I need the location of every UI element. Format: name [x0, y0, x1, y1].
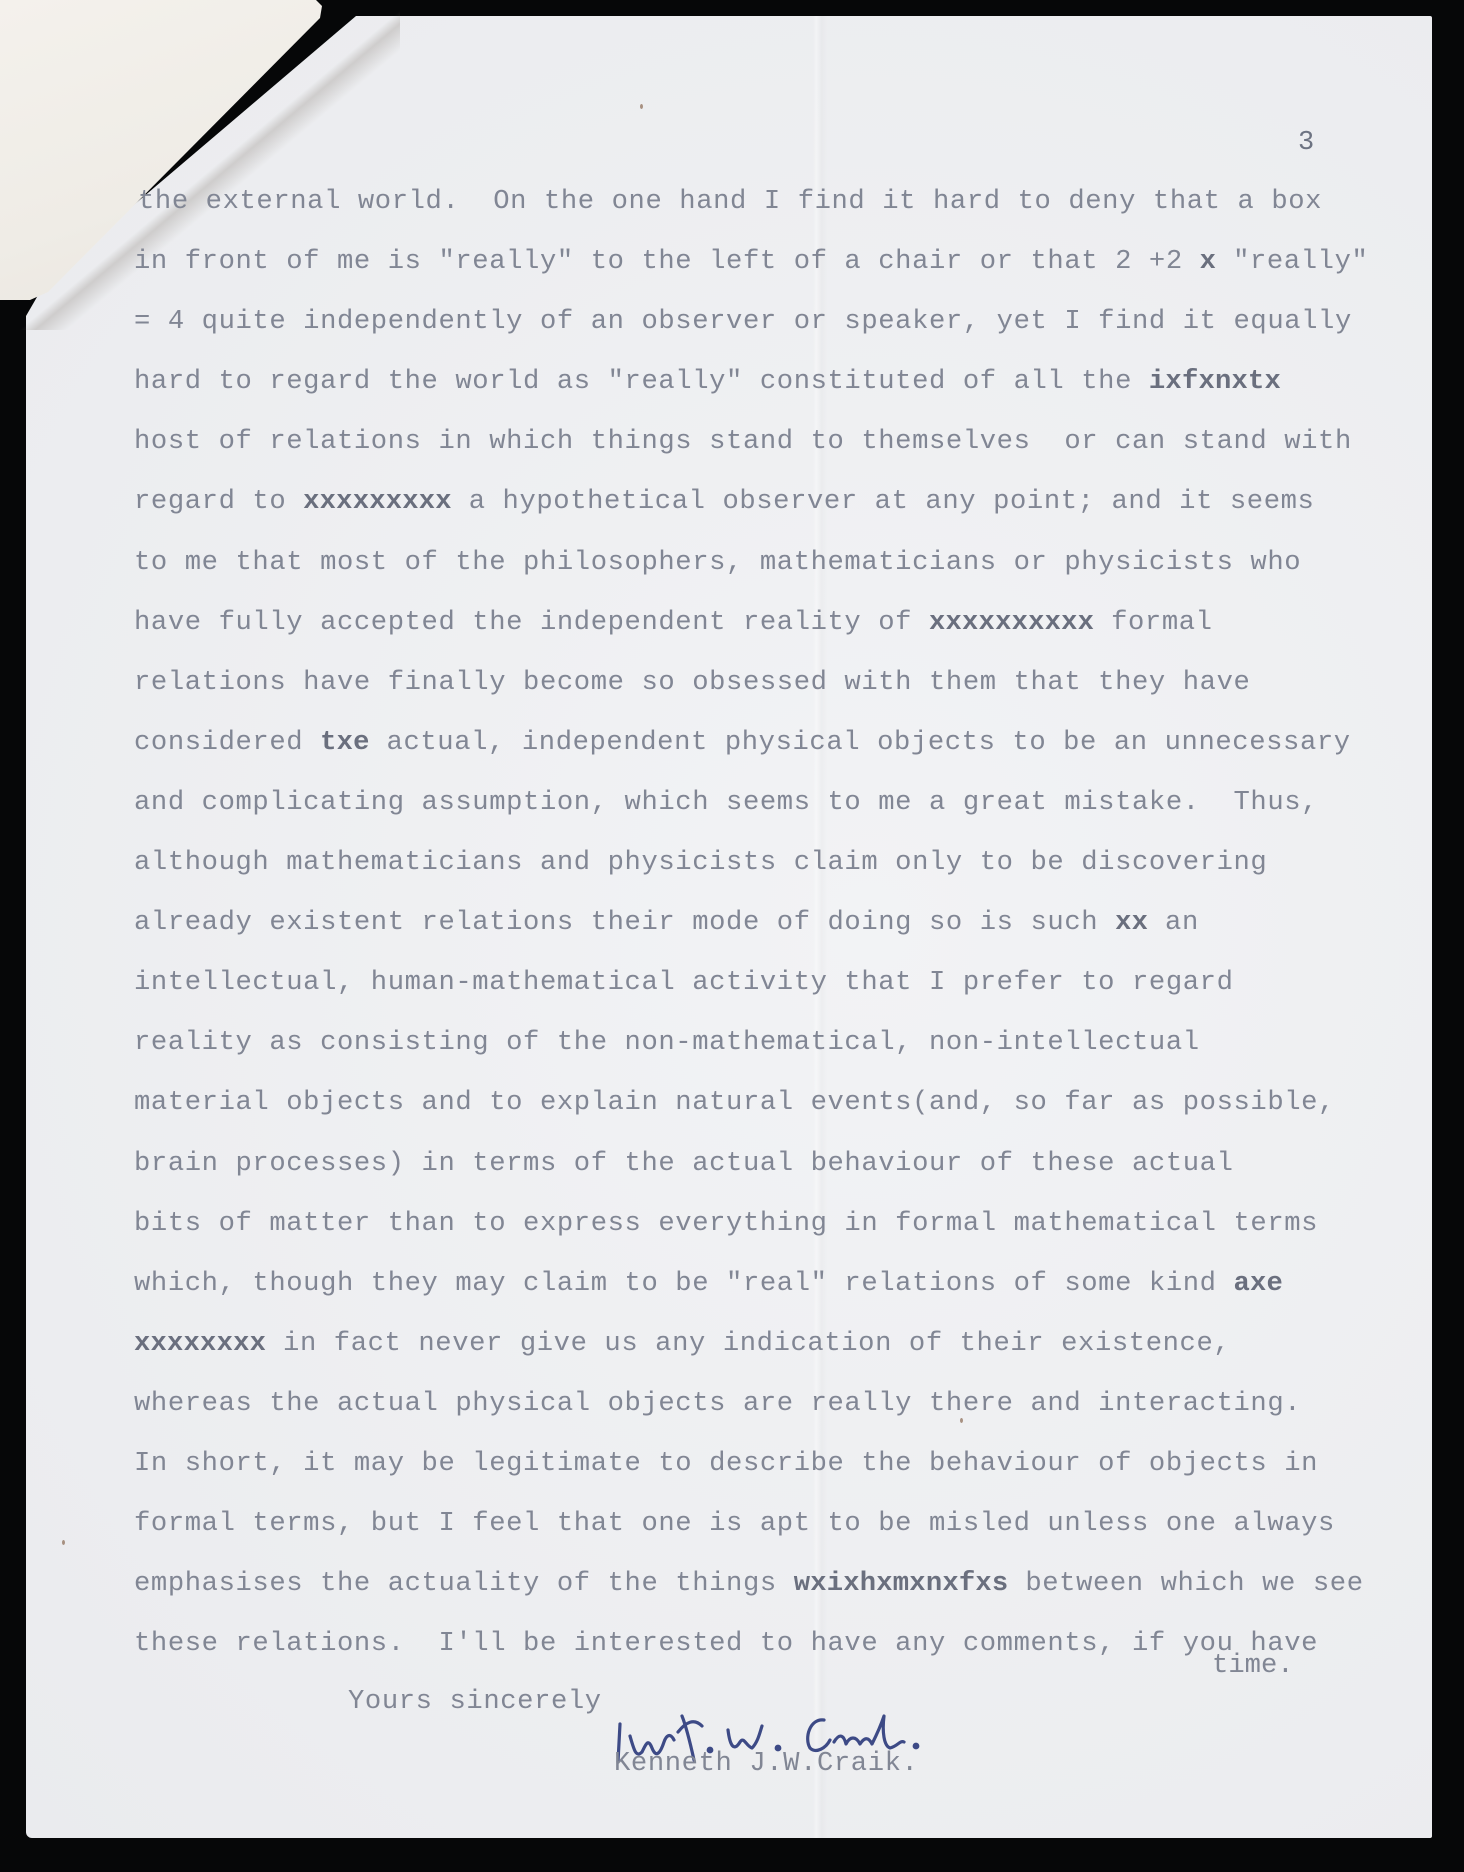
- line-text: regard to: [134, 486, 303, 517]
- line-text: formal terms, but I feel that one is apt…: [134, 1508, 1335, 1539]
- line-text: an: [1148, 907, 1199, 938]
- letter-line: hard to regard the world as "really" con…: [134, 360, 1434, 420]
- line-text: to me that most of the philosophers, mat…: [134, 547, 1301, 578]
- struck-out-text: xxxxxxxx: [134, 1328, 266, 1359]
- letter-line: in front of me is "really" to the left o…: [134, 240, 1434, 300]
- continuation-word: time.: [1212, 1650, 1294, 1681]
- line-text: host of relations in which things stand …: [134, 426, 1352, 457]
- letter-line: brain processes) in terms of the actual …: [134, 1142, 1434, 1202]
- letter-line: bits of matter than to express everythin…: [134, 1202, 1434, 1262]
- line-text: a hypothetical observer at any point; an…: [452, 486, 1315, 517]
- line-text: whereas the actual physical objects are …: [134, 1388, 1301, 1419]
- line-text: = 4 quite independently of an observer o…: [134, 306, 1352, 337]
- line-text: "really": [1216, 246, 1368, 277]
- line-text: intellectual, human-mathematical activit…: [134, 967, 1234, 998]
- line-text: between which we see: [1008, 1568, 1363, 1599]
- struck-out-text: xxxxxxxxxx: [929, 607, 1094, 638]
- line-text: these relations. I'll be interested to h…: [134, 1628, 1318, 1659]
- letter-line: host of relations in which things stand …: [134, 420, 1434, 480]
- line-text: actual, independent physical objects to …: [370, 727, 1351, 758]
- line-text: have fully accepted the independent real…: [134, 607, 929, 638]
- line-text: in front of me is "really" to the left o…: [134, 246, 1200, 277]
- line-text: In short, it may be legitimate to descri…: [134, 1448, 1318, 1479]
- struck-out-text: txe: [320, 727, 370, 758]
- letter-line: relations have finally become so obsesse…: [134, 661, 1434, 721]
- letter-line: the external world. On the one hand I fi…: [134, 180, 1434, 240]
- paper-speck: [960, 1418, 963, 1423]
- letter-line: although mathematicians and physicists c…: [134, 841, 1434, 901]
- letter-line: already existent relations their mode of…: [134, 901, 1434, 961]
- paper-speck: [62, 1540, 65, 1545]
- line-text: hard to regard the world as "really" con…: [134, 366, 1149, 397]
- letter-line: have fully accepted the independent real…: [134, 601, 1434, 661]
- letter-line: which, though they may claim to be "real…: [134, 1262, 1434, 1322]
- struck-out-text: x: [1200, 246, 1217, 277]
- line-text: formal: [1094, 607, 1212, 638]
- struck-out-text: ixfxnxtx: [1149, 366, 1281, 397]
- struck-out-text: xx: [1115, 907, 1148, 938]
- letter-line: material objects and to explain natural …: [134, 1081, 1434, 1141]
- letter-line: and complicating assumption, which seems…: [134, 781, 1434, 841]
- struck-out-text: wxixhxmxnxfxs: [794, 1568, 1009, 1599]
- line-text: considered: [134, 727, 320, 758]
- page-number: 3: [1298, 128, 1314, 158]
- letter-line: emphasises the actuality of the things w…: [134, 1562, 1434, 1622]
- line-text: material objects and to explain natural …: [134, 1087, 1335, 1118]
- line-text: brain processes) in terms of the actual …: [134, 1148, 1234, 1179]
- letter-line: to me that most of the philosophers, mat…: [134, 541, 1434, 601]
- letter-line: xxxxxxxx in fact never give us any indic…: [134, 1322, 1434, 1382]
- line-text: reality as consisting of the non-mathema…: [134, 1027, 1200, 1058]
- paper-speck: [640, 104, 643, 109]
- letter-line: regard to xxxxxxxxx a hypothetical obser…: [134, 480, 1434, 540]
- line-text: bits of matter than to express everythin…: [134, 1208, 1318, 1239]
- line-text: already existent relations their mode of…: [134, 907, 1115, 938]
- struck-out-text: axe: [1234, 1268, 1284, 1299]
- line-text: which, though they may claim to be "real…: [134, 1268, 1234, 1299]
- letter-line: formal terms, but I feel that one is apt…: [134, 1502, 1434, 1562]
- line-text: relations have finally become so obsesse…: [134, 667, 1250, 698]
- letter-line: = 4 quite independently of an observer o…: [134, 300, 1434, 360]
- typed-signature-name: Kenneth J.W.Craik.: [614, 1748, 918, 1779]
- letter-line: whereas the actual physical objects are …: [134, 1382, 1434, 1442]
- line-text: in fact never give us any indication of …: [266, 1328, 1230, 1359]
- line-text: emphasises the actuality of the things: [134, 1568, 794, 1599]
- letter-line: reality as consisting of the non-mathema…: [134, 1021, 1434, 1081]
- letter-body: the external world. On the one hand I fi…: [134, 180, 1434, 1682]
- line-text: although mathematicians and physicists c…: [134, 847, 1267, 878]
- letter-line: intellectual, human-mathematical activit…: [134, 961, 1434, 1021]
- closing-salutation: Yours sincerely: [348, 1686, 602, 1717]
- line-text: and complicating assumption, which seems…: [134, 787, 1318, 818]
- line-text: the external world. On the one hand I fi…: [138, 186, 1322, 217]
- letter-line: considered txe actual, independent physi…: [134, 721, 1434, 781]
- letter-line: In short, it may be legitimate to descri…: [134, 1442, 1434, 1502]
- struck-out-text: xxxxxxxxx: [303, 486, 452, 517]
